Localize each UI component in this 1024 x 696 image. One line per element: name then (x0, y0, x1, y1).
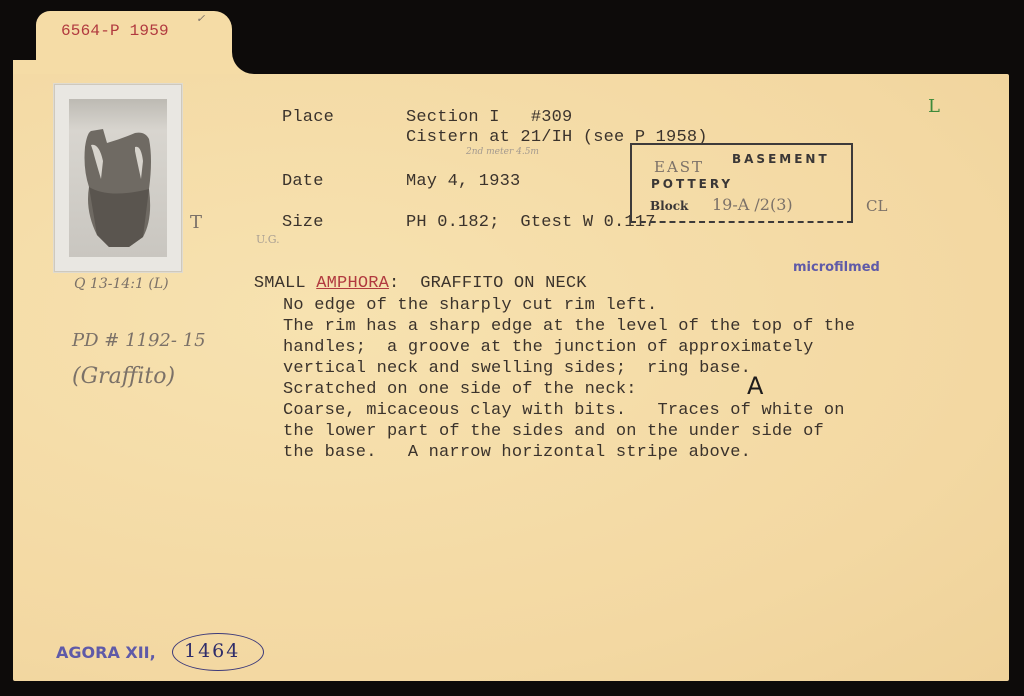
graffito-letter: A (747, 372, 763, 400)
place-line1: Section I #309 (406, 108, 572, 127)
stamp-east: EAST (654, 158, 704, 176)
place-label: Place (282, 108, 334, 127)
size-label: Size (282, 213, 324, 232)
description-line: vertical neck and swelling sides; ring b… (283, 359, 751, 378)
pd-note: PD # 1192- 15 (72, 330, 206, 351)
description-line: the lower part of the sides and on the u… (283, 422, 824, 441)
stamp-pottery: POTTERY (651, 177, 733, 191)
size-value: PH 0.182; Gtest W 0.117 (406, 213, 656, 232)
graffito-note: (Graffito) (72, 364, 175, 389)
title-type: AMPHORA (316, 274, 389, 293)
stamp-block-value: 19-A /2(3) (712, 195, 793, 214)
place-pencil-note: 2nd meter 4.5m (466, 147, 539, 157)
corner-mark: L (928, 96, 940, 117)
publication-number: 1464 (184, 640, 240, 662)
object-title: SMALL AMPHORA: GRAFFITO ON NECK (233, 255, 587, 293)
photo-caption: Q 13-14:1 (L) (74, 276, 169, 292)
description-line: The rim has a sharp edge at the level of… (283, 317, 855, 336)
stamp-basement: BASEMENT (732, 152, 830, 166)
description-line: Coarse, micaceous clay with bits. Traces… (283, 401, 845, 420)
ug-note: U.G. (256, 233, 280, 246)
microfilmed-stamp: microfilmed (793, 260, 880, 275)
stamp-block-label: Block (650, 199, 688, 213)
check-mark: ✓ (196, 12, 205, 25)
amphora-photo (54, 84, 182, 272)
date-value: May 4, 1933 (406, 172, 520, 191)
description-line: Scratched on one side of the neck: (283, 380, 637, 399)
publication-stamp: AGORA XII, (56, 643, 156, 662)
description-line: No edge of the sharply cut rim left. (283, 296, 657, 315)
amphora-icon (69, 99, 167, 257)
description-line: handles; a groove at the junction of app… (283, 338, 814, 357)
initials: CL (866, 197, 887, 215)
date-label: Date (282, 172, 324, 191)
title-suffix: : GRAFFITO ON NECK (389, 274, 587, 293)
description-line: the base. A narrow horizontal stripe abo… (283, 443, 751, 462)
photo-mark: T (190, 212, 202, 233)
inventory-number: 6564-P 1959 (61, 22, 169, 40)
title-prefix: SMALL (254, 274, 316, 293)
